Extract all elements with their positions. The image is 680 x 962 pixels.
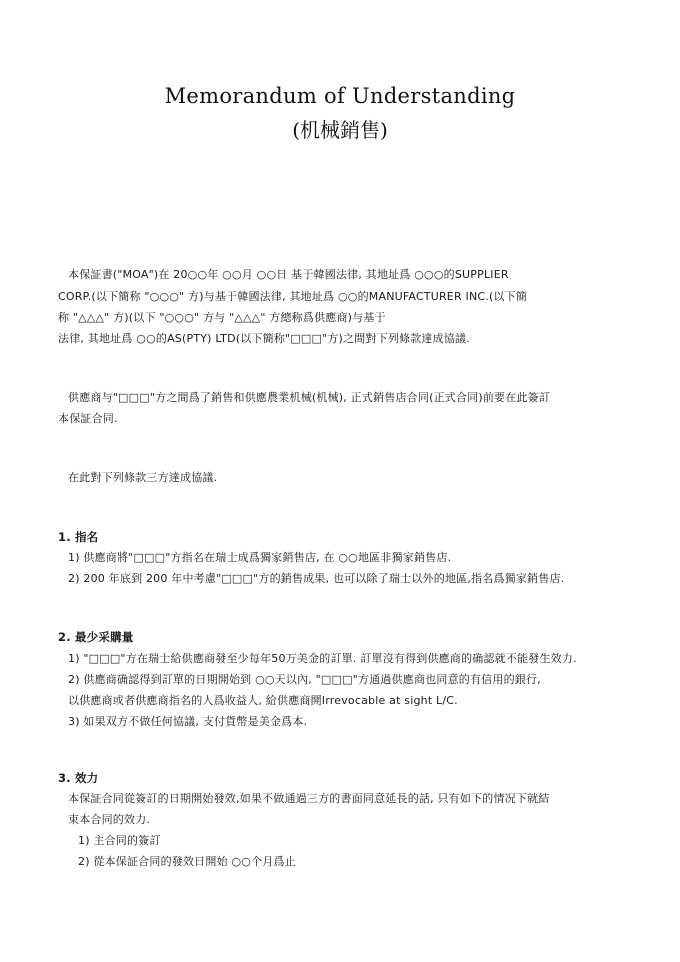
section-item: 2) 從本保証合同的發效日開始 ○○个月爲止 [78, 855, 296, 869]
section-item: 3) 如果双方不做任何協議, 支付貨幣是美金爲本. [68, 715, 307, 729]
section-item: 2) 200 年底到 200 年中考慮"□□□"方的銷售成果, 也可以除了瑞士以… [68, 572, 564, 586]
agreement-intro: 在此對下列條款三方達成協議. [68, 471, 217, 485]
section-heading: 1. 指名 [58, 530, 98, 544]
purpose-line: 供應商与"□□□"方之間爲了銷售和供應農業机械(机械), 正式銷售店合同(正式合… [68, 391, 550, 405]
section-body: 本保証合同從簽訂的日期開始發效,如果不做通過三方的書面同意延長的話, 只有如下的… [68, 792, 550, 806]
purpose-line: 本保証合同. [58, 412, 118, 426]
section-heading: 3. 效力 [58, 771, 98, 785]
document-subtitle: (机械銷售) [0, 114, 680, 143]
section-item: 1) 主合同的簽訂 [78, 834, 161, 848]
intro-line: CORP.(以下簡称 "○○○" 方)与基于韓國法律, 其地址爲 ○○的MANU… [58, 290, 527, 304]
section-item: 1) 供應商將"□□□"方指名在瑞士成爲獨家銷售店, 在 ○○地區非獨家銷售店. [68, 551, 451, 565]
section-body: 束本合同的效力. [68, 813, 150, 827]
intro-line: 法律, 其地址爲 ○○的AS(PTY) LTD(以下簡称"□□□"方)之間對下列… [58, 332, 470, 346]
intro-line: 本保証書("MOA")在 20○○年 ○○月 ○○日 基于韓國法律, 其地址爲 … [68, 268, 509, 282]
intro-line: 称 "△△△" 方)(以下 "○○○" 方与 "△△△" 方總称爲供應商)与基于 [58, 311, 386, 325]
section-item: 1) "□□□"方在瑞士給供應商發至少每年50万美金的訂單. 訂單沒有得到供應商… [68, 652, 577, 666]
section-heading: 2. 最少采購量 [58, 630, 133, 644]
section-item: 以供應商或者供應商指名的人爲收益人, 給供應商開Irrevocable at s… [68, 694, 458, 708]
section-item: 2) 供應商确認得到訂單的日期開始到 ○○天以內, "□□□"方通過供應商也同意… [68, 673, 541, 687]
document-title: Memorandum of Understanding [0, 84, 680, 108]
